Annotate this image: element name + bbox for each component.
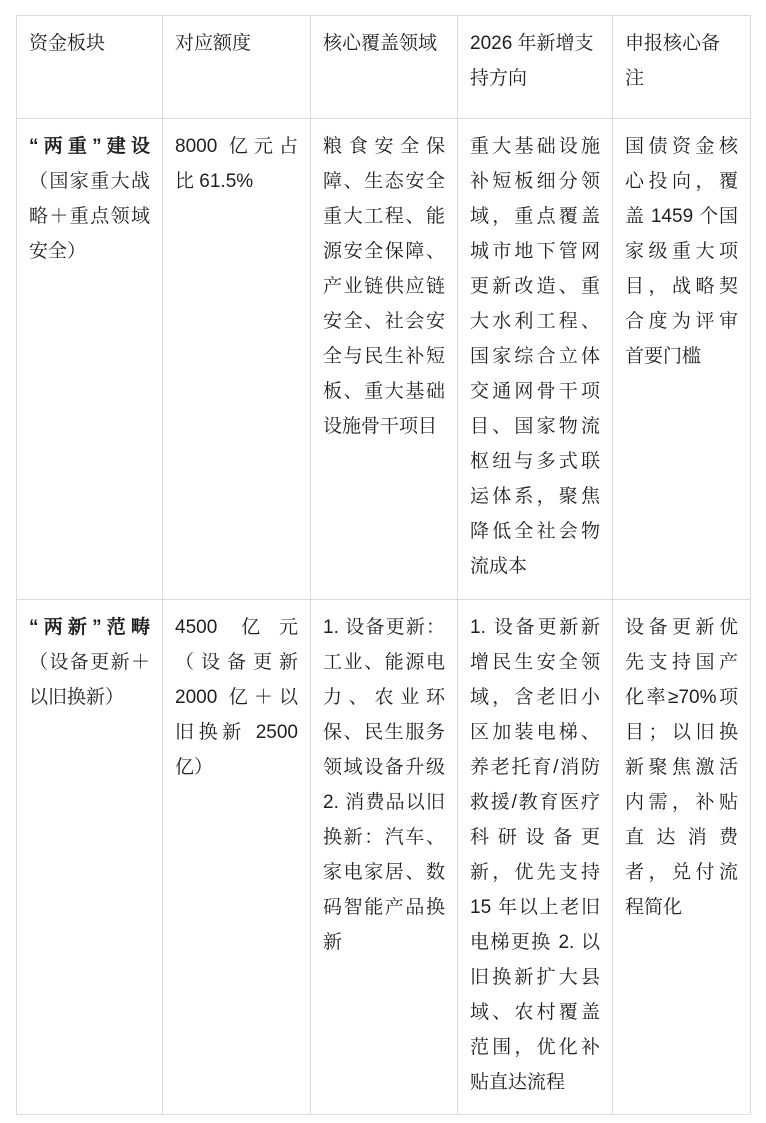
col-header-direction: 2026 年新增支持方向 (458, 16, 613, 119)
cell-direction: 重大基础设施补短板细分领域，重点覆盖城市地下管网更新改造、重大水利工程、国家综合… (458, 119, 613, 600)
cell-sector: “两新”范畴（设备更新＋以旧换新） (17, 600, 163, 1115)
cell-coverage: 1. 设备更新：工业、能源电力、农业环保、民生服务领域设备升级 2. 消费品以旧… (311, 600, 458, 1115)
cell-notes: 国债资金核心投向，覆盖 1459 个国家级重大项目，战略契合度为评审首要门槛 (613, 119, 751, 600)
sector-bold-label: “两重”建设 (29, 136, 150, 157)
document-page: 资金板块 对应额度 核心覆盖领域 2026 年新增支持方向 申报核心备注 “两重… (0, 0, 766, 1123)
table-row: “两新”范畴（设备更新＋以旧换新） 4500 亿元（设备更新 2000 亿＋以旧… (17, 600, 751, 1115)
cell-notes: 设备更新优先支持国产化率≥70%项目；以旧换新聚焦激活内需，补贴直达消费者，兑付… (613, 600, 751, 1115)
cell-quota: 8000 亿元占比 61.5% (163, 119, 311, 600)
sector-paren-label: （设备更新＋以旧换新） (29, 652, 150, 708)
col-header-coverage: 核心覆盖领域 (311, 16, 458, 119)
policy-funding-table: 资金板块 对应额度 核心覆盖领域 2026 年新增支持方向 申报核心备注 “两重… (16, 15, 751, 1115)
cell-sector: “两重”建设（国家重大战略＋重点领域安全） (17, 119, 163, 600)
header-row: 资金板块 对应额度 核心覆盖领域 2026 年新增支持方向 申报核心备注 (17, 16, 751, 119)
cell-coverage: 粮食安全保障、生态安全重大工程、能源安全保障、产业链供应链安全、社会安全与民生补… (311, 119, 458, 600)
cell-quota: 4500 亿元（设备更新 2000 亿＋以旧换新 2500 亿） (163, 600, 311, 1115)
cell-direction: 1. 设备更新新增民生安全领域，含老旧小区加装电梯、养老托育/消防救援/教育医疗… (458, 600, 613, 1115)
sector-bold-label: “两新”范畴 (29, 617, 150, 638)
sector-paren-label: （国家重大战略＋重点领域安全） (29, 171, 150, 262)
col-header-notes: 申报核心备注 (613, 16, 751, 119)
table-row: “两重”建设（国家重大战略＋重点领域安全） 8000 亿元占比 61.5% 粮食… (17, 119, 751, 600)
col-header-sector: 资金板块 (17, 16, 163, 119)
col-header-quota: 对应额度 (163, 16, 311, 119)
